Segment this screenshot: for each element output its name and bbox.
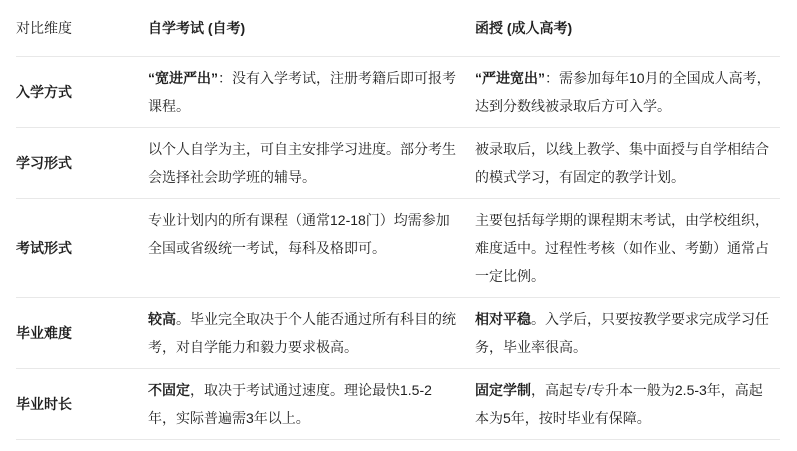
cell-bold-lead: 不固定 <box>148 382 190 398</box>
table-row-study-format: 学习形式 以个人自学为主，可自主安排学习进度。部分考生会选择社会助学班的辅导。 … <box>16 128 780 199</box>
column-header-hanshou: 函授 (成人高考) <box>475 0 780 56</box>
zikao-cell: 较高。毕业完全取决于个人能否通过所有科目的统考，对自学能力和毅力要求极高。 <box>148 298 475 368</box>
row-label: 毕业时长 <box>16 369 148 439</box>
cell-bold-lead: “宽进严出” <box>148 70 218 86</box>
table-row-graduation-difficulty: 毕业难度 较高。毕业完全取决于个人能否通过所有科目的统考，对自学能力和毅力要求极… <box>16 298 780 369</box>
row-label: 毕业难度 <box>16 298 148 368</box>
cell-text: 。毕业完全取决于个人能否通过所有科目的统考，对自学能力和毅力要求极高。 <box>148 311 456 355</box>
zikao-cell: 以个人自学为主，可自主安排学习进度。部分考生会选择社会助学班的辅导。 <box>148 128 475 198</box>
row-label: 入学方式 <box>16 57 148 127</box>
cell-bold-lead: 相对平稳 <box>475 311 531 327</box>
cell-bold-lead: “严进宽出” <box>475 70 545 86</box>
zikao-cell: 不固定，取决于考试通过速度。理论最快1.5-2年，实际普遍需3年以上。 <box>148 369 475 439</box>
row-label: 考试形式 <box>16 199 148 297</box>
cell-bold-lead: 固定学制 <box>475 382 531 398</box>
cell-bold-lead: 较高 <box>148 311 176 327</box>
cell-text: 专业计划内的所有课程（通常12-18门）均需参加全国或省级统一考试，每科及格即可… <box>148 212 450 256</box>
cell-text: ，取决于考试通过速度。理论最快1.5-2年，实际普遍需3年以上。 <box>148 382 432 426</box>
cell-text: 以个人自学为主，可自主安排学习进度。部分考生会选择社会助学班的辅导。 <box>148 141 456 185</box>
hanshou-cell: 主要包括每学期的课程期末考试，由学校组织，难度适中。过程性考核（如作业、考勤）通… <box>475 199 780 297</box>
cell-text: 被录取后，以线上教学、集中面授与自学相结合的模式学习，有固定的教学计划。 <box>475 141 769 185</box>
comparison-table: 对比维度 自学考试 (自考) 函授 (成人高考) 入学方式 “宽进严出”：没有入… <box>16 0 780 440</box>
zikao-cell: “宽进严出”：没有入学考试，注册考籍后即可报考课程。 <box>148 57 475 127</box>
table-row-exam-format: 考试形式 专业计划内的所有课程（通常12-18门）均需参加全国或省级统一考试，每… <box>16 199 780 298</box>
row-label: 学习形式 <box>16 128 148 198</box>
table-header-row: 对比维度 自学考试 (自考) 函授 (成人高考) <box>16 0 780 57</box>
cell-text: 主要包括每学期的课程期末考试，由学校组织，难度适中。过程性考核（如作业、考勤）通… <box>475 212 769 284</box>
hanshou-cell: “严进宽出”：需参加每年10月的全国成人高考，达到分数线被录取后方可入学。 <box>475 57 780 127</box>
hanshou-cell: 固定学制，高起专/专升本一般为2.5-3年，高起本为5年，按时毕业有保障。 <box>475 369 780 439</box>
column-header-zikao: 自学考试 (自考) <box>148 0 475 56</box>
zikao-cell: 专业计划内的所有课程（通常12-18门）均需参加全国或省级统一考试，每科及格即可… <box>148 199 475 297</box>
hanshou-cell: 相对平稳。入学后，只要按教学要求完成学习任务，毕业率很高。 <box>475 298 780 368</box>
table-row-enrollment: 入学方式 “宽进严出”：没有入学考试，注册考籍后即可报考课程。 “严进宽出”：需… <box>16 57 780 128</box>
column-header-dimension: 对比维度 <box>16 0 148 56</box>
hanshou-cell: 被录取后，以线上教学、集中面授与自学相结合的模式学习，有固定的教学计划。 <box>475 128 780 198</box>
table-row-graduation-duration: 毕业时长 不固定，取决于考试通过速度。理论最快1.5-2年，实际普遍需3年以上。… <box>16 369 780 440</box>
